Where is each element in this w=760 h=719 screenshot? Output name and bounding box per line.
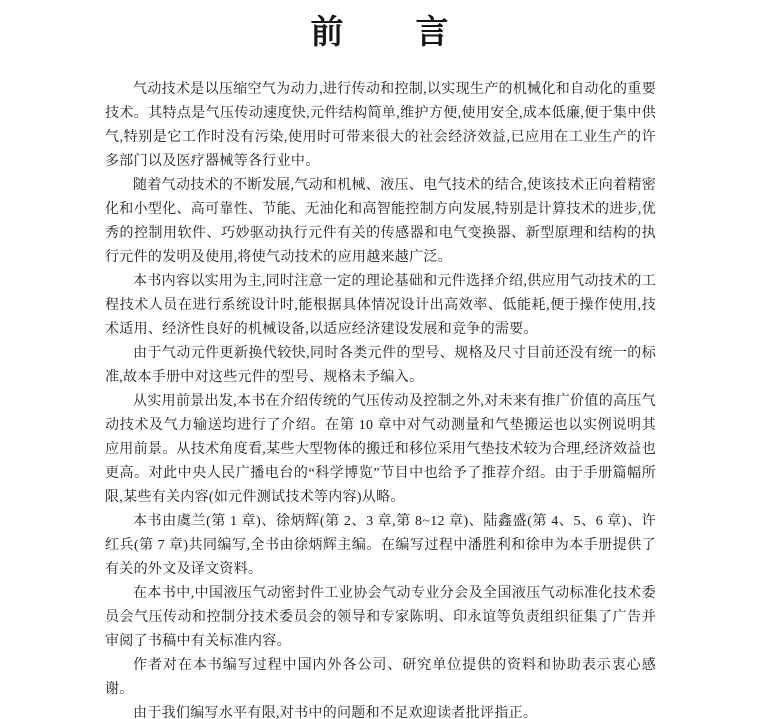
preface-body: 气动技术是以压缩空气为动力,进行传动和控制,以实现生产的机械化和自动化的重要技术… [105,78,656,719]
preface-paragraph-7: 在本书中,中国液压气动密封件工业协会气动专业分会及全国液压气动标准化技术委员会气… [105,582,656,654]
preface-paragraph-1: 气动技术是以压缩空气为动力,进行传动和控制,以实现生产的机械化和自动化的重要技术… [105,78,656,174]
preface-paragraph-9: 由于我们编写水平有限,对书中的问题和不足欢迎读者批评指正。 [105,702,656,719]
preface-paragraph-6: 本书由虞兰(第 1 章)、徐炳辉(第 2、3 章,第 8~12 章)、陆鑫盛(第… [105,510,656,582]
preface-paragraph-3: 本书内容以实用为主,同时注意一定的理论基础和元件选择介绍,供应用气动技术的工程技… [105,270,656,342]
preface-paragraph-5: 从实用前景出发,本书在介绍传统的气压传动及控制之外,对未来有推广价值的高压气动技… [105,390,656,510]
book-page: 前 言 气动技术是以压缩空气为动力,进行传动和控制,以实现生产的机械化和自动化的… [0,0,760,719]
page-title: 前 言 [105,12,656,54]
preface-paragraph-4: 由于气动元件更新换代较快,同时各类元件的型号、规格及尺寸目前还没有统一的标准,故… [105,342,656,390]
preface-paragraph-8: 作者对在本书编写过程中国内外各公司、研究单位提供的资料和协助表示衷心感谢。 [105,654,656,702]
preface-paragraph-2: 随着气动技术的不断发展,气动和机械、液压、电气技术的结合,使该技术正向着精密化和… [105,174,656,270]
